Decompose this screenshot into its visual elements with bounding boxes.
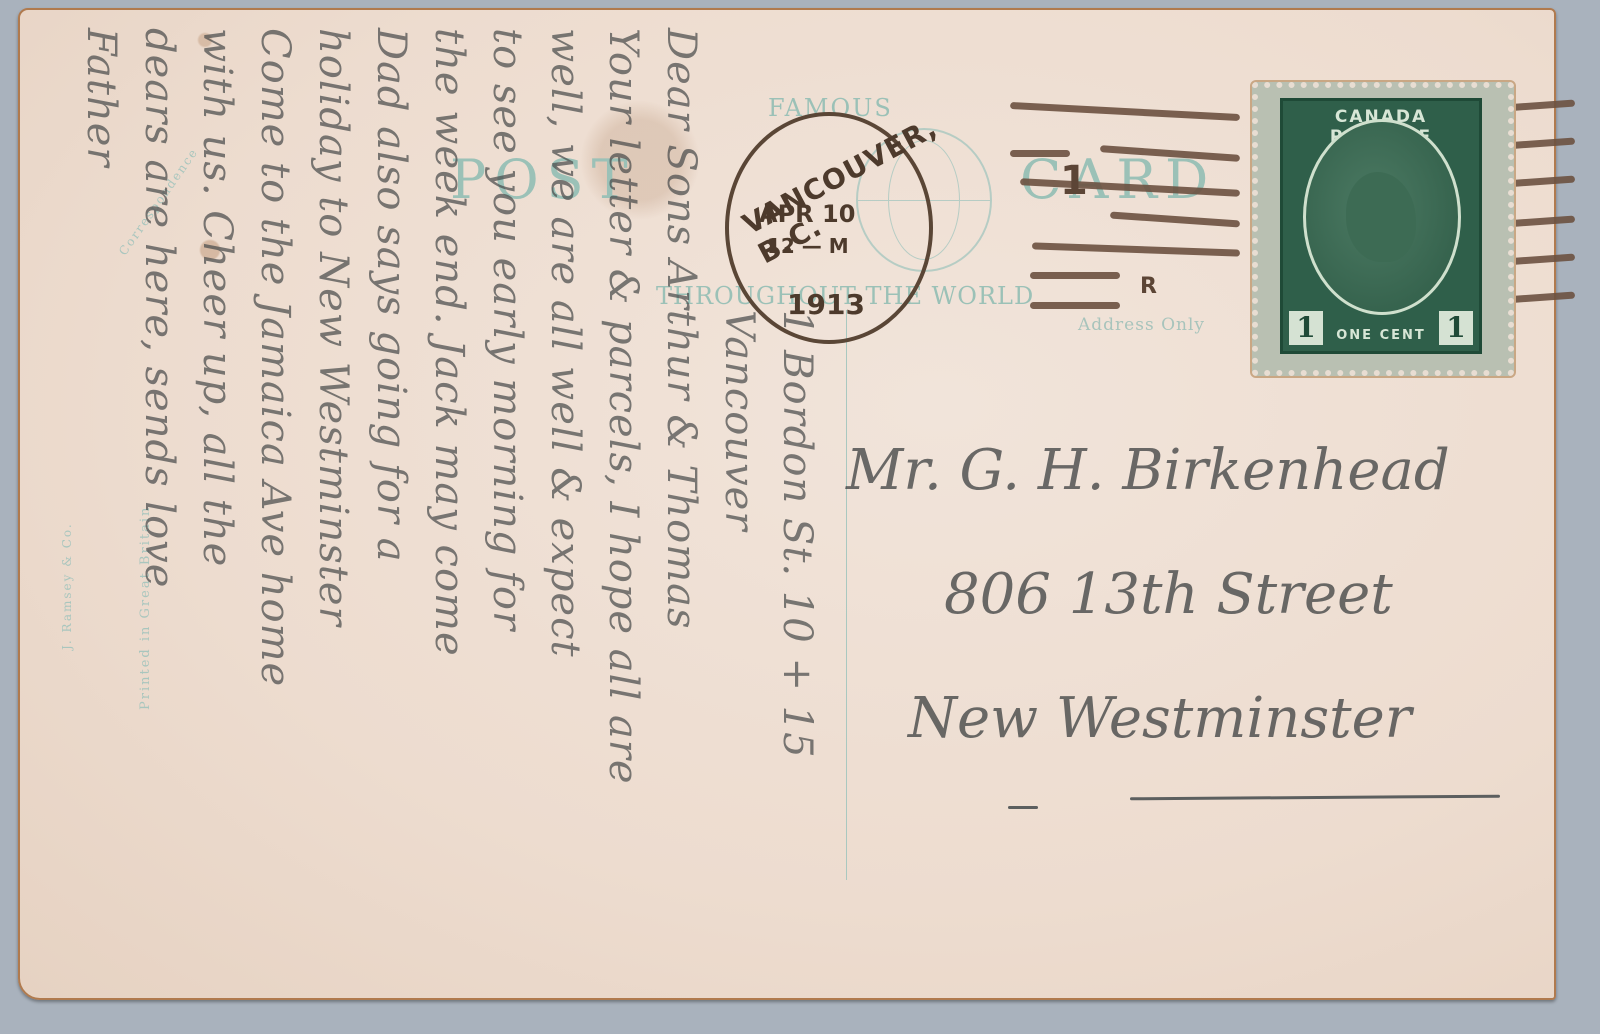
printed-address-only: Address Only <box>1078 315 1205 335</box>
message-line: holiday to New Westminster <box>310 28 356 627</box>
message-line: Dad also says going for a <box>368 28 414 563</box>
stamp-denomination: ONE CENT <box>1333 329 1429 343</box>
stamp-number-left: 1 <box>1289 311 1323 345</box>
postage-stamp: CANADA POSTAGE 1 ONE CENT 1 <box>1252 82 1514 376</box>
message-line: Father <box>78 28 124 168</box>
postcard: FAMOUS POST CARD THROUGHOUT THE WORLD Ad… <box>18 8 1556 1000</box>
stamp-number-right: 1 <box>1439 311 1473 345</box>
message-line: Your letter & parcels, I hope all are <box>600 28 646 785</box>
message-line: the week end. Jack may come <box>426 28 472 657</box>
postmark-date: APR 10 <box>759 200 855 228</box>
message-line: dears are here, sends love <box>136 28 182 588</box>
message-line: with us. Cheer up, all the <box>194 28 240 567</box>
postmark-time: 12 — M <box>767 234 849 258</box>
recipient-city: New Westminster <box>908 686 1411 751</box>
message-line: to see you early morning for <box>484 28 530 631</box>
center-divider <box>846 310 847 880</box>
cancel-letter: R <box>1140 274 1157 299</box>
dash-mark <box>1008 806 1038 809</box>
recipient-street: 806 13th Street <box>944 562 1393 627</box>
message-line: Dear Sons Arthur & Thomas <box>658 28 704 630</box>
message-line: Vancouver <box>716 310 762 531</box>
printed-publisher: J. Ramsey & Co. <box>60 522 74 650</box>
cancel-number: 1 <box>1060 158 1088 204</box>
address-underline <box>1130 795 1500 801</box>
king-portrait-icon <box>1303 119 1461 315</box>
message-line: 1 Bordon St. 10 + 15 <box>774 310 820 759</box>
recipient-name: Mr. G. H. Birkenhead <box>846 438 1450 503</box>
message-line: well, we are all well & expect <box>542 28 588 658</box>
message-line: Come to the Jamaica Ave home <box>252 28 298 687</box>
